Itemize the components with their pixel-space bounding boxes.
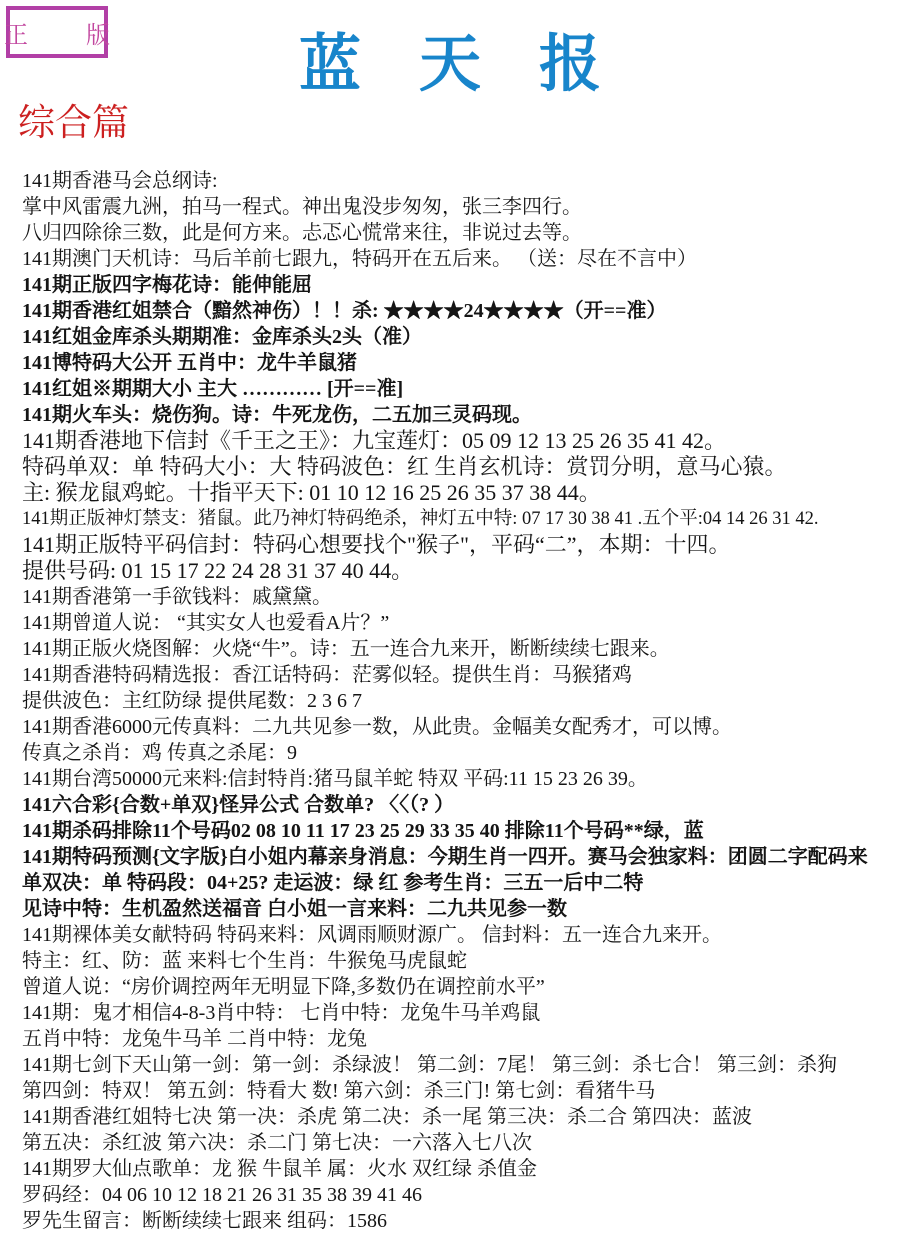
content-line: 141期香港红姐禁合（黯然神伤）！！杀: ★★★★24★★★★（开==准） — [22, 298, 900, 324]
content-line: 141期曾道人说： “其实女人也爱看A片？” — [22, 610, 900, 636]
content-line: 传真之杀肖：鸡 传真之杀尾：9 — [22, 740, 900, 766]
section-heading: 综合篇 — [18, 92, 129, 146]
content-line: 141六合彩{合数+单双}怪异公式 合数单? 〈〈（? ） — [22, 792, 900, 818]
content-line: 八归四除徐三数，此是何方来。忐忑心慌常来往，非说过去等。 — [22, 220, 900, 246]
content-line: 141期七剑下天山第一剑：第一剑：杀绿波！ 第二剑：7尾！ 第三剑：杀七合！ 第… — [22, 1052, 900, 1078]
content-line: 141期香港红姐特七决 第一决：杀虎 第二决：杀一尾 第三决：杀二合 第四决：蓝… — [22, 1104, 900, 1130]
content-line: 141期台湾50000元来料:信封特肖:猪马鼠羊蛇 特双 平码:11 15 23… — [22, 766, 900, 792]
content-line: 141期正版特平码信封：特码心想要找个"猴子"，平码“二”，本期：十四。 — [22, 532, 900, 558]
content-lines: 141期香港马会总纲诗:掌中风雷震九洲，拍马一程式。神出鬼没步匆匆，张三李四行。… — [22, 168, 900, 1234]
content-line: 141期香港特码精选报：香江话特码：茫雾似轻。提供生肖：马猴猪鸡 — [22, 662, 900, 688]
content-line: 141期正版神灯禁支：猪鼠。此乃神灯特码绝杀，神灯五中特: 07 17 30 3… — [22, 506, 900, 532]
content-line: 141红姐金库杀头期期准：金库杀头2头（准） — [22, 324, 900, 350]
content-line: 第五决：杀红波 第六决：杀二门 第七决：一六落入七八次 — [22, 1130, 900, 1156]
content-line: 141期罗大仙点歌单：龙 猴 牛鼠羊 属：火水 双红绿 杀值金 — [22, 1156, 900, 1182]
content-line: 提供号码: 01 15 17 22 24 28 31 37 40 44。 — [22, 558, 900, 584]
content-line: 曾道人说：“房价调控两年无明显下降,多数仍在调控前水平” — [22, 974, 900, 1000]
content-line: 141期杀码排除11个号码02 08 10 11 17 23 25 29 33 … — [22, 818, 900, 844]
newspaper-title: 蓝天报 — [0, 14, 900, 103]
content-line: 第四剑：特双！ 第五剑：特看大 数! 第六剑：杀三门! 第七剑：看猪牛马 — [22, 1078, 900, 1104]
content-line: 141期火车头：烧伤狗。诗：牛死龙伤，二五加三灵码现。 — [22, 402, 900, 428]
content-line: 141期香港6000元传真料：二九共见参一数，从此贵。金幅美女配秀才，可以博。 — [22, 714, 900, 740]
content-line: 单双决：单 特码段：04+25? 走运波：绿 红 参考生肖：三五一后中二特 — [22, 870, 900, 896]
content-line: 掌中风雷震九洲，拍马一程式。神出鬼没步匆匆，张三李四行。 — [22, 194, 900, 220]
content-line: 141期香港马会总纲诗: — [22, 168, 900, 194]
content-line: 141期：鬼才相信4-8-3肖中特： 七肖中特：龙兔牛马羊鸡鼠 — [22, 1000, 900, 1026]
content-line: 141期香港第一手欲钱料：戚黛黛。 — [22, 584, 900, 610]
content-line: 141期裸体美女献特码 特码来料：风调雨顺财源广。 信封料：五一连合九来开。 — [22, 922, 900, 948]
content-line: 罗先生留言：断断续续七跟来 组码：1586 — [22, 1208, 900, 1234]
content-line: 特码单双：单 特码大小：大 特码波色：红 生肖玄机诗：赏罚分明，意马心猿。 — [22, 454, 900, 480]
content-line: 141期正版火烧图解：火烧“牛”。诗：五一连合九来开，断断续续七跟来。 — [22, 636, 900, 662]
content-line: 见诗中特：生机盈然送福音 白小姐一言来料：二九共见参一数 — [22, 896, 900, 922]
content-line: 141期香港地下信封《千王之王》：九宝莲灯：05 09 12 13 25 26 … — [22, 428, 900, 454]
content-line: 141博特码大公开 五肖中：龙牛羊鼠猪 — [22, 350, 900, 376]
content-line: 特主：红、防：蓝 来料七个生肖：牛猴兔马虎鼠蛇 — [22, 948, 900, 974]
content-line: 141期澳门天机诗：马后羊前七跟九，特码开在五后来。 （送：尽在不言中） — [22, 246, 900, 272]
content-line: 141期正版四字梅花诗：能伸能屈 — [22, 272, 900, 298]
content-line: 主: 猴龙鼠鸡蛇。十指平天下: 01 10 12 16 25 26 35 37 … — [22, 480, 900, 506]
content-line: 141期特码预测{文字版}白小姐内幕亲身消息：今期生肖一四开。赛马会独家料：团圆… — [22, 844, 900, 870]
content-line: 五肖中特：龙兔牛马羊 二肖中特：龙兔 — [22, 1026, 900, 1052]
content-line: 141红姐※期期大小 主大 ………… [开==准] — [22, 376, 900, 402]
content-line: 罗码经：04 06 10 12 18 21 26 31 35 38 39 41 … — [22, 1182, 900, 1208]
content-line: 提供波色：主红防绿 提供尾数：2 3 6 7 — [22, 688, 900, 714]
newspaper-page: 正 版 蓝天报 综合篇 141期香港马会总纲诗:掌中风雷震九洲，拍马一程式。神出… — [0, 0, 900, 1243]
